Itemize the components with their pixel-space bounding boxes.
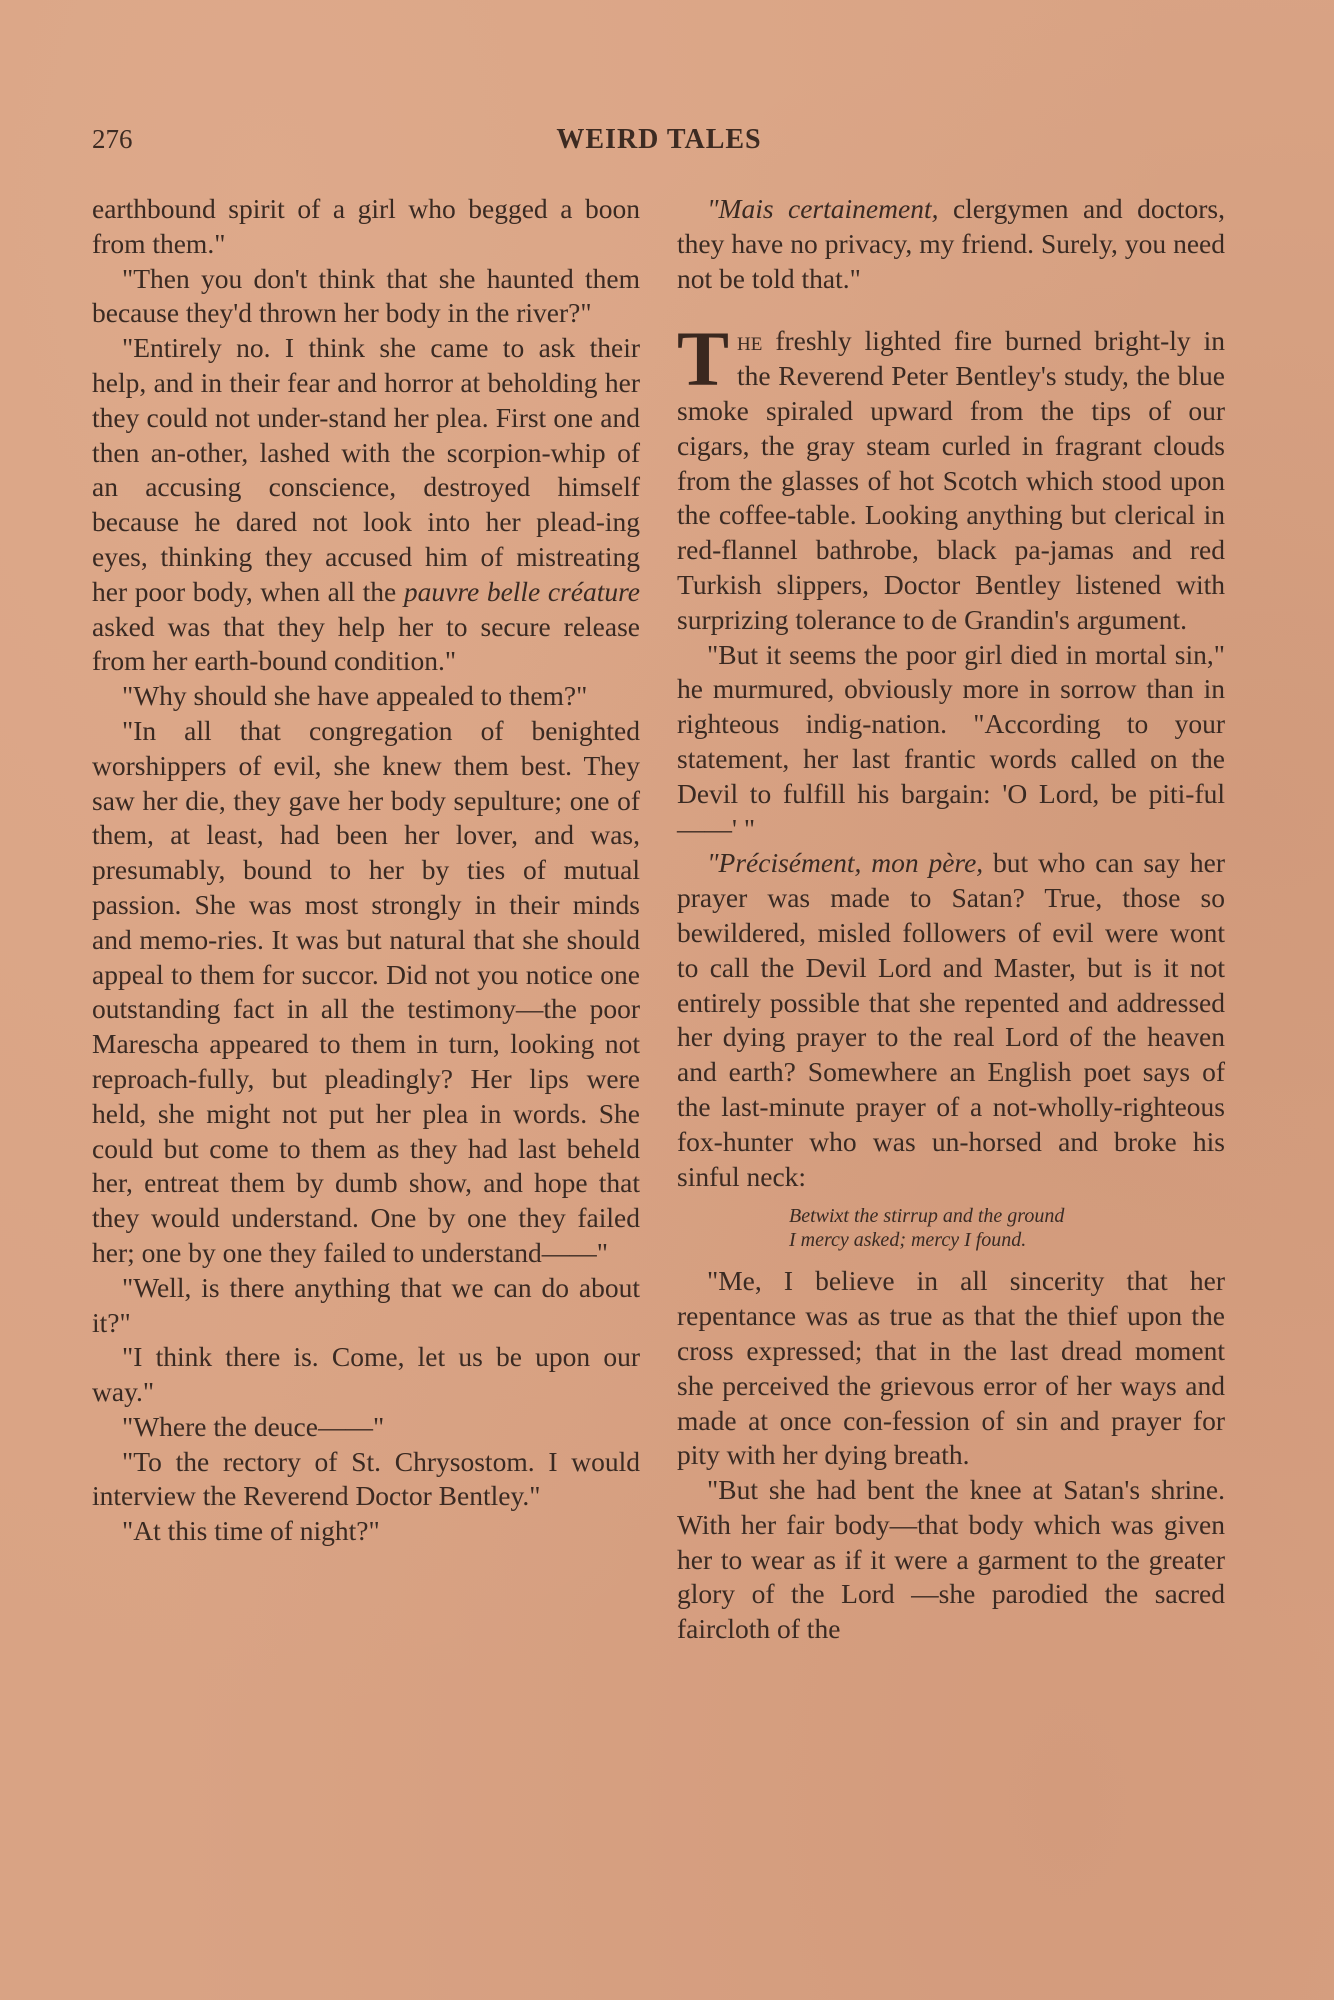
paragraph: "Me, I believe in all sincerity that her…: [677, 1264, 1225, 1473]
paragraph: "Entirely no. I think she came to ask th…: [92, 331, 640, 679]
magazine-title: WEIRD TALES: [92, 124, 1226, 156]
running-head: 276 WEIRD TALES: [92, 124, 1226, 164]
left-column: earthbound spirit of a girl who begged a…: [92, 192, 640, 1549]
magazine-page: 276 WEIRD TALES earthbound spirit of a g…: [0, 0, 1334, 2000]
paragraph: "Well, is there anything that we can do …: [92, 1271, 640, 1341]
italic-phrase: pauvre belle créature: [404, 576, 640, 607]
small-caps-lead: HE: [737, 325, 762, 356]
paragraph: "But it seems the poor girl died in mort…: [677, 638, 1225, 847]
paragraph: "Why should she have appealed to them?": [92, 679, 640, 714]
paragraph: "Where the deuce——": [92, 1410, 640, 1445]
paragraph: "In all that congregation of benighted w…: [92, 714, 640, 1271]
section-opening-paragraph: THE freshly lighted fire burned bright-l…: [677, 324, 1225, 637]
verse-quote: Betwixt the stirrup and the ground I mer…: [789, 1204, 1225, 1252]
verse-line: Betwixt the stirrup and the ground: [789, 1204, 1225, 1228]
paragraph: "I think there is. Come, let us be upon …: [92, 1340, 640, 1410]
section-break: [677, 296, 1225, 324]
verse-line: I mercy asked; mercy I found.: [789, 1228, 1225, 1252]
paragraph: "Mais certainement, clergymen and doctor…: [677, 192, 1225, 296]
paragraph: "To the rectory of St. Chrysostom. I wou…: [92, 1445, 640, 1515]
drop-cap: T: [677, 328, 729, 392]
paragraph: "Précisément, mon père, but who can say …: [677, 846, 1225, 1194]
paragraph: "Then you don't think that she haunted t…: [92, 262, 640, 332]
paragraph: earthbound spirit of a girl who begged a…: [92, 192, 640, 262]
paragraph: "But she had bent the knee at Satan's sh…: [677, 1473, 1225, 1647]
right-column: "Mais certainement, clergymen and doctor…: [677, 192, 1225, 1647]
italic-phrase: "Mais certainement,: [707, 193, 938, 224]
italic-phrase: "Précisément, mon père,: [707, 847, 983, 878]
paragraph: "At this time of night?": [92, 1514, 640, 1549]
